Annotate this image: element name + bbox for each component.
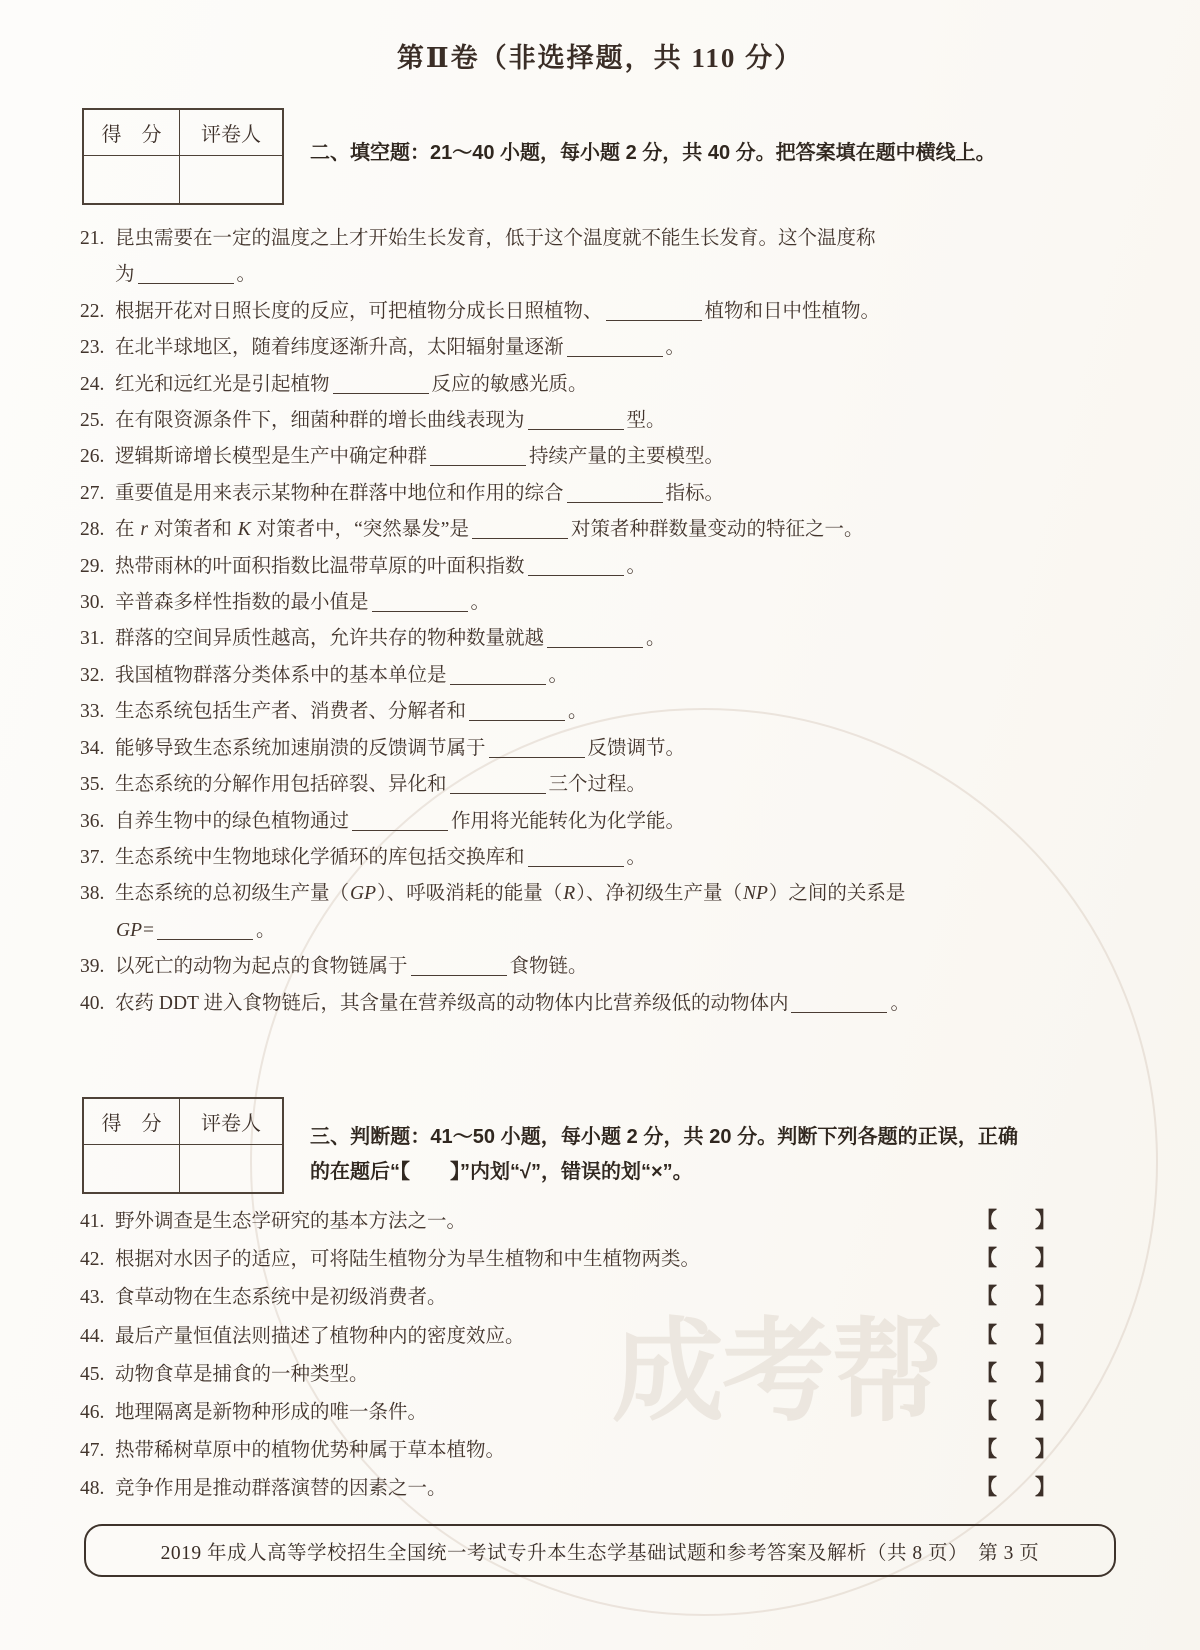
answer-blank [157,919,253,940]
question-text: 生态系统的分解作用包括碎裂、异化和 [115,774,447,795]
judge-question: 46.地理隔离是新物种形成的唯一条件。【】 [80,1393,1122,1431]
bracket-open: 【 [976,1240,997,1277]
answer-brackets: 【】 [976,1278,1056,1315]
question-number: 34. [80,731,115,767]
question-text: 反应的敏感光质。 [432,374,588,395]
answer-blank [352,810,448,831]
judge-question-text: 45.动物食草是捕食的一种类型。 [80,1356,976,1393]
question-text: 自养生物中的绿色植物通过 [115,811,349,832]
question-text: 。 [237,264,257,285]
answer-blank [372,591,468,612]
question-number: 44. [80,1318,115,1355]
question-number: 36. [80,804,115,840]
question-text: 在有限资源条件下，细菌种群的增长曲线表现为 [115,410,525,431]
question-text: 。 [627,556,647,577]
question-number: 42. [80,1241,115,1278]
question-number: 43. [80,1279,115,1316]
judge-question-text: 46.地理隔离是新物种形成的唯一条件。 [80,1394,976,1431]
question-text: 重要值是用来表示某物种在群落中地位和作用的综合 [115,483,564,504]
score-label: 得 分 [84,1099,180,1145]
judge-question-text: 48.竞争作用是推动群落演替的因素之一。 [80,1470,976,1507]
question-number: 29. [80,549,115,585]
fill-question: 26.逻辑斯谛增长模型是生产中确定种群持续产量的主要模型。 [80,439,1122,475]
fill-question: 29.热带雨林的叶面积指数比温带草原的叶面积指数。 [80,549,1122,585]
question-number: 27. [80,476,115,512]
question-text: 根据开花对日照长度的反应，可把植物分成长日照植物、 [115,301,603,322]
answer-blank [411,955,507,976]
question-text: 逻辑斯谛增长模型是生产中确定种群 [115,446,427,467]
question-number: 48. [80,1470,115,1507]
question-text: 昆虫需要在一定的温度之上才开始生长发育，低于这个温度就不能生长发育。这个温度称 [115,228,876,249]
question-number: 40. [80,986,115,1022]
answer-blank [472,518,568,539]
answer-blank [528,555,624,576]
answer-blank [791,992,887,1013]
fill-question: 35.生态系统的分解作用包括碎裂、异化和三个过程。 [80,767,1122,803]
question-text: 三个过程。 [549,774,647,795]
question-number: 26. [80,439,115,475]
answer-blank [469,700,565,721]
question-text: 根据对水因子的适应，可将陆生植物分为旱生植物和中生植物两类。 [115,1249,700,1270]
question-number: 39. [80,949,115,985]
question-text: ）、呼吸消耗的能量（ [377,883,562,904]
bracket-open: 【 [976,1431,997,1468]
fill-question: 21.昆虫需要在一定的温度之上才开始生长发育，低于这个温度就不能生长发育。这个温… [80,221,1122,294]
fill-question: 33.生态系统包括生产者、消费者、分解者和。 [80,694,1122,730]
judge-question: 48.竞争作用是推动群落演替的因素之一。【】 [80,1469,1122,1507]
fill-question: 37.生态系统中生物地球化学循环的库包括交换库和。 [80,840,1122,876]
question-text: 持续产量的主要模型。 [529,446,724,467]
question-text: 动物食草是捕食的一种类型。 [115,1364,369,1385]
question-text: 红光和远红光是引起植物 [115,374,330,395]
answer-brackets: 【】 [976,1355,1056,1392]
question-number: 23. [80,330,115,366]
answer-blank [567,482,663,503]
question-text: 生态系统的总初级生产量（ [115,883,349,904]
grader-cell-empty [180,156,282,203]
bracket-close: 】 [1035,1431,1056,1468]
question-number: 21. [80,221,115,257]
judge-question-text: 41.野外调查是生态学研究的基本方法之一。 [80,1203,976,1240]
judge-question: 45.动物食草是捕食的一种类型。【】 [80,1355,1122,1393]
answer-brackets: 【】 [976,1240,1056,1277]
question-text: 野外调查是生态学研究的基本方法之一。 [115,1211,466,1232]
question-text: 型。 [627,410,666,431]
question-number: 37. [80,840,115,876]
judge-question: 43.食草动物在生态系统中是初级消费者。【】 [80,1278,1122,1316]
question-text: 。 [890,993,910,1014]
answer-blank [450,664,546,685]
question-text: 能够导致生态系统加速崩溃的反馈调节属于 [115,738,486,759]
question-text: 最后产量恒值法则描述了植物种内的密度效应。 [115,1326,525,1347]
answer-blank [333,373,429,394]
fill-question: 30.辛普森多样性指数的最小值是。 [80,585,1122,621]
judge-question: 41.野外调查是生态学研究的基本方法之一。【】 [80,1202,1122,1240]
judge-question-text: 43.食草动物在生态系统中是初级消费者。 [80,1279,976,1316]
judge-questions: 41.野外调查是生态学研究的基本方法之一。【】42.根据对水因子的适应，可将陆生… [80,1202,1122,1508]
fill-question: 25.在有限资源条件下，细菌种群的增长曲线表现为型。 [80,403,1122,439]
page-title: 第Ⅱ卷（非选择题，共 110 分） [0,36,1200,75]
question-text: 反馈调节。 [588,738,686,759]
judge-question-text: 44.最后产量恒值法则描述了植物种内的密度效应。 [80,1318,976,1355]
question-text: 生态系统中生物地球化学循环的库包括交换库和 [115,847,525,868]
bracket-close: 】 [1035,1240,1056,1277]
question-text: 为 [115,264,135,285]
bracket-open: 【 [976,1393,997,1430]
question-text: 热带稀树草原中的植物优势种属于草本植物。 [115,1440,505,1461]
question-text: 。 [256,920,276,941]
bracket-close: 】 [1035,1317,1056,1354]
question-text: 对策者中，“突然暴发”是 [252,519,469,540]
question-number: 30. [80,585,115,621]
question-number: 22. [80,294,115,330]
answer-blank [489,737,585,758]
answer-blank [528,409,624,430]
score-label: 得 分 [84,110,180,156]
question-number: 24. [80,367,115,403]
question-number: 46. [80,1394,115,1431]
score-cell-empty [84,1145,180,1192]
score-box-judge: 得 分 评卷人 [82,1097,284,1194]
question-text: 。 [666,337,686,358]
question-text: 生态系统包括生产者、消费者、分解者和 [115,701,466,722]
question-text: 辛普森多样性指数的最小值是 [115,592,369,613]
question-text: 指标。 [666,483,725,504]
question-text: 。 [471,592,491,613]
question-text: 。 [646,628,666,649]
question-number: 28. [80,512,115,548]
question-number: 25. [80,403,115,439]
fill-question: 23.在北半球地区，随着纬度逐渐升高，太阳辐射量逐渐。 [80,330,1122,366]
question-text: 。 [627,847,647,868]
footer-text: 2019 年成人高等学校招生全国统一考试专升本生态学基础试题和参考答案及解析（共… [161,1537,1040,1565]
question-text: NP [742,883,769,904]
page-footer: 2019 年成人高等学校招生全国统一考试专升本生态学基础试题和参考答案及解析（共… [84,1524,1116,1577]
fill-question: 24.红光和远红光是引起植物反应的敏感光质。 [80,367,1122,403]
section-fill-heading: 二、填空题：21～40 小题，每小题 2 分，共 40 分。把答案填在题中横线上… [310,136,1018,171]
bracket-close: 】 [1035,1469,1056,1506]
question-text: 在北半球地区，随着纬度逐渐升高，太阳辐射量逐渐 [115,337,564,358]
bracket-close: 】 [1035,1355,1056,1392]
grader-cell-empty [180,1145,282,1192]
answer-blank [547,627,643,648]
question-text: 食物链。 [510,956,588,977]
judge-question: 47.热带稀树草原中的植物优势种属于草本植物。【】 [80,1431,1122,1469]
answer-brackets: 【】 [976,1393,1056,1430]
answer-brackets: 【】 [976,1202,1056,1239]
answer-brackets: 【】 [976,1317,1056,1354]
question-text: 对策者和 [149,519,237,540]
question-text: 。 [568,701,588,722]
question-number: 35. [80,767,115,803]
question-text: 竞争作用是推动群落演替的因素之一。 [115,1478,447,1499]
fill-question: 36.自养生物中的绿色植物通过作用将光能转化为化学能。 [80,804,1122,840]
question-text: 作用将光能转化为化学能。 [451,811,685,832]
question-number: 41. [80,1203,115,1240]
fill-question: 39.以死亡的动物为起点的食物链属于食物链。 [80,949,1122,985]
question-number: 32. [80,658,115,694]
bracket-open: 【 [976,1355,997,1392]
answer-blank [138,263,234,284]
question-text: ）、净初级生产量（ [576,883,742,904]
fill-questions: 21.昆虫需要在一定的温度之上才开始生长发育，低于这个温度就不能生长发育。这个温… [80,221,1122,1022]
answer-blank [450,773,546,794]
judge-question: 42.根据对水因子的适应，可将陆生植物分为旱生植物和中生植物两类。【】 [80,1240,1122,1278]
bracket-open: 【 [976,1278,997,1315]
question-number: 47. [80,1432,115,1469]
question-text: r [139,519,149,540]
question-text: 我国植物群落分类体系中的基本单位是 [115,665,447,686]
answer-brackets: 【】 [976,1469,1056,1506]
question-number: 45. [80,1356,115,1393]
judge-question-text: 47.热带稀树草原中的植物优势种属于草本植物。 [80,1432,976,1469]
question-text: GP [349,883,377,904]
fill-question: 22.根据开花对日照长度的反应，可把植物分成长日照植物、植物和日中性植物。 [80,294,1122,330]
bracket-close: 】 [1035,1202,1056,1239]
question-text: 地理隔离是新物种形成的唯一条件。 [115,1402,427,1423]
question-text: 在 [115,519,139,540]
grader-label: 评卷人 [180,1099,282,1145]
score-box-fill: 得 分 评卷人 [82,108,284,205]
question-number: 33. [80,694,115,730]
question-number: 38. [80,876,115,912]
bracket-open: 【 [976,1469,997,1506]
answer-blank [528,846,624,867]
grader-label: 评卷人 [180,110,282,156]
answer-blank [430,445,526,466]
question-text: K [237,519,252,540]
question-text: 农药 DDT 进入食物链后，其含量在营养级高的动物体内比营养级低的动物体内 [115,993,788,1014]
section-judge-heading: 三、判断题：41～50 小题，每小题 2 分，共 20 分。判断下列各题的正误，… [310,1120,1018,1190]
bracket-close: 】 [1035,1278,1056,1315]
fill-question: 27.重要值是用来表示某物种在群落中地位和作用的综合指标。 [80,476,1122,512]
fill-question: 40.农药 DDT 进入食物链后，其含量在营养级高的动物体内比营养级低的动物体内… [80,986,1122,1022]
question-text: = [143,920,154,941]
question-text: 群落的空间异质性越高，允许共存的物种数量就越 [115,628,544,649]
fill-question: 31.群落的空间异质性越高，允许共存的物种数量就越。 [80,621,1122,657]
question-text: 以死亡的动物为起点的食物链属于 [115,956,408,977]
fill-question: 34.能够导致生态系统加速崩溃的反馈调节属于反馈调节。 [80,731,1122,767]
question-text: R [562,883,576,904]
answer-blank [606,300,702,321]
judge-question-text: 42.根据对水因子的适应，可将陆生植物分为旱生植物和中生植物两类。 [80,1241,976,1278]
question-text: 。 [549,665,569,686]
fill-question: 28.在 r 对策者和 K 对策者中，“突然暴发”是对策者种群数量变动的特征之一… [80,512,1122,548]
fill-question: 32.我国植物群落分类体系中的基本单位是。 [80,658,1122,694]
question-text: 对策者种群数量变动的特征之一。 [571,519,864,540]
score-cell-empty [84,156,180,203]
fill-question: 38.生态系统的总初级生产量（GP）、呼吸消耗的能量（R）、净初级生产量（NP）… [80,876,1122,949]
question-text: ）之间的关系是 [769,883,906,904]
judge-question: 44.最后产量恒值法则描述了植物种内的密度效应。【】 [80,1317,1122,1355]
question-text: 植物和日中性植物。 [705,301,881,322]
bracket-close: 】 [1035,1393,1056,1430]
question-number: 31. [80,621,115,657]
exam-page: 成考帮 第Ⅱ卷（非选择题，共 110 分） 得 分 评卷人 二、填空题：21～4… [0,0,1200,1650]
question-text: 热带雨林的叶面积指数比温带草原的叶面积指数 [115,556,525,577]
answer-brackets: 【】 [976,1431,1056,1468]
question-text: 食草动物在生态系统中是初级消费者。 [115,1287,447,1308]
bracket-open: 【 [976,1317,997,1354]
question-text: GP [115,920,143,941]
bracket-open: 【 [976,1202,997,1239]
answer-blank [567,336,663,357]
